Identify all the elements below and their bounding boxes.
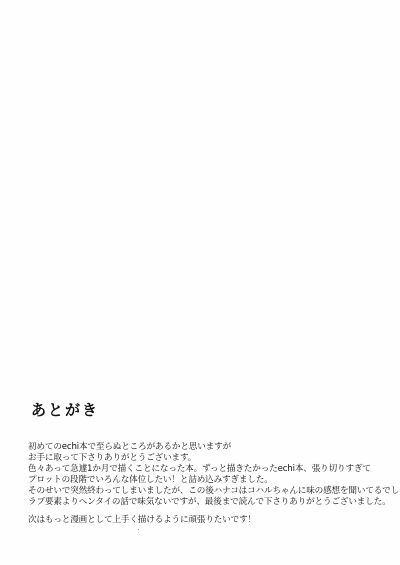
manga-afterword-page: あとがき 初めてのechi本で至らぬところがあるかと思いますが お手に取って下さ…	[0, 0, 400, 565]
text-line: お手に取って下さりありがとうございます。	[28, 453, 388, 464]
text-line: プロットの段階でいろんな体位したい！と詰め込みすぎました。	[28, 475, 388, 486]
afterword-body: 初めてのechi本で至らぬところがあるかと思いますが お手に取って下さりありがと…	[28, 442, 388, 526]
text-line: 初めてのechi本で至らぬところがあるかと思いますが	[28, 442, 388, 453]
text-line: 色々あって急遽1か月で描くことになった本。ずっと描きたかったechi本、張り切り…	[28, 464, 388, 475]
text-line: 次はもっと漫画として上手く描けるように頑張りたいです！	[28, 515, 388, 526]
afterword-paragraph-2: 次はもっと漫画として上手く描けるように頑張りたいです！	[28, 515, 388, 526]
text-line: そのせいで突然終わってしまいましたが、この後ハナコはコハルちゃんに味の感想を聞い…	[28, 486, 388, 497]
afterword-title: あとがき	[31, 401, 99, 419]
afterword-paragraph-1: 初めてのechi本で至らぬところがあるかと思いますが お手に取って下さりありがと…	[28, 442, 388, 508]
paragraph-gap	[28, 508, 388, 515]
text-line: ラブ要素よりヘンタイの話で味気ないですが、最後まで読んで下さりありがとうございま…	[28, 497, 388, 508]
scan-speck	[138, 529, 139, 530]
